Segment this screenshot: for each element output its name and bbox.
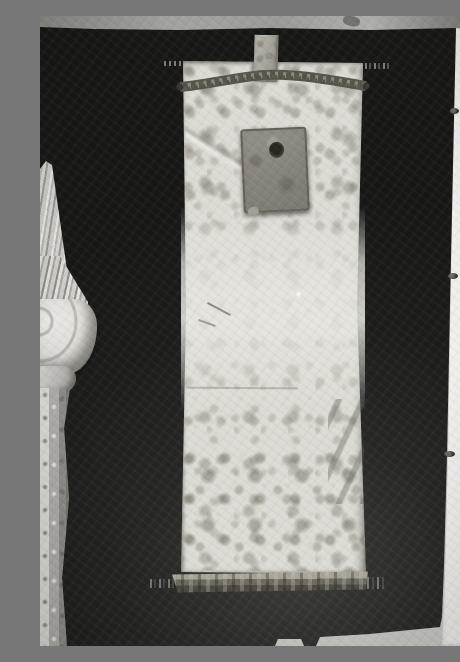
top-fray-left: [164, 61, 184, 66]
top-rod: [176, 66, 370, 98]
scroll-fold-shadow: [328, 399, 364, 504]
bottom-rod: [172, 571, 368, 592]
top-fray-right: [365, 63, 389, 69]
photograph: [40, 16, 460, 646]
scroll-highlight-spot: [296, 290, 301, 298]
scroll-worn-middle: [181, 206, 365, 411]
pin: [448, 273, 458, 279]
pin: [450, 108, 459, 114]
patch: [240, 127, 310, 214]
pin: [444, 451, 455, 457]
bottom-fray-left: [150, 579, 174, 588]
bottom-fray-right: [367, 577, 387, 589]
patch-hole: [269, 142, 285, 159]
